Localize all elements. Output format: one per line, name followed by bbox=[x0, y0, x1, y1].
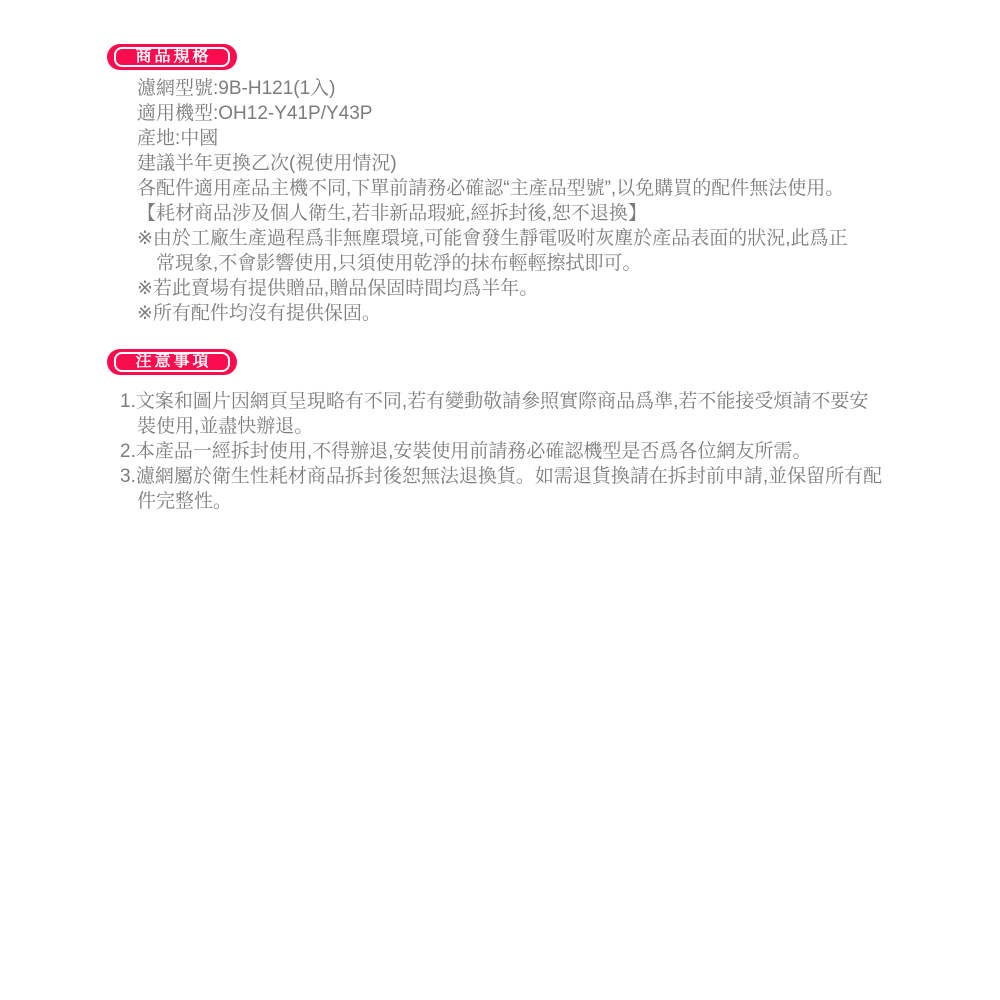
notices-badge-frame: 注意事項 bbox=[114, 352, 230, 372]
notice-line-continued: 件完整性。 bbox=[120, 489, 1000, 514]
specs-badge-frame: 商品規格 bbox=[114, 47, 230, 67]
spec-line: 適用機型:OH12-Y41P/Y43P bbox=[137, 101, 1000, 126]
spec-line: 建議半年更換乙次(視使用情況) bbox=[137, 151, 1000, 176]
spec-note-line: ※若此賣場有提供贈品,贈品保固時間均爲半年。 bbox=[137, 276, 1000, 301]
section-product-specs: 商品規格 濾網型號:9B-H121(1入) 適用機型:OH12-Y41P/Y43… bbox=[107, 44, 1000, 326]
notice-line: 3.濾網屬於衛生性耗材商品拆封後恕無法退換貨。如需退貨換請在拆封前申請,並保留所… bbox=[120, 464, 1000, 489]
notices-text-block: 1.文案和圖片因網頁呈現略有不同,若有變動敬請參照實際商品爲準,若不能接受煩請不… bbox=[120, 389, 1000, 514]
spec-line: 濾網型號:9B-H121(1入) bbox=[137, 76, 1000, 101]
spec-line: 產地:中國 bbox=[137, 126, 1000, 151]
notice-line-continued: 裝使用,並盡快辦退。 bbox=[120, 414, 1000, 439]
specs-badge-label: 商品規格 bbox=[132, 49, 211, 65]
specs-badge: 商品規格 bbox=[107, 44, 237, 70]
spec-line: 【耗材商品涉及個人衛生,若非新品瑕疵,經拆封後,恕不退換】 bbox=[137, 201, 1000, 226]
notice-line: 1.文案和圖片因網頁呈現略有不同,若有變動敬請參照實際商品爲準,若不能接受煩請不… bbox=[120, 389, 1000, 414]
section-notices: 注意事項 1.文案和圖片因網頁呈現略有不同,若有變動敬請參照實際商品爲準,若不能… bbox=[107, 349, 1000, 514]
spec-note-line: ※所有配件均沒有提供保固。 bbox=[137, 301, 1000, 326]
spec-line: 各配件適用產品主機不同,下單前請務必確認“主產品型號”,以免購買的配件無法使用。 bbox=[137, 176, 1000, 201]
specs-text-block: 濾網型號:9B-H121(1入) 適用機型:OH12-Y41P/Y43P 產地:… bbox=[137, 76, 1000, 326]
product-info-page: 商品規格 濾網型號:9B-H121(1入) 適用機型:OH12-Y41P/Y43… bbox=[0, 0, 1000, 1000]
spec-note-line-continued: 常現象,不會影響使用,只須使用乾淨的抹布輕輕擦拭即可。 bbox=[137, 251, 1000, 276]
notices-badge-label: 注意事項 bbox=[132, 354, 211, 370]
notice-line: 2.本產品一經拆封使用,不得辦退,安裝使用前請務必確認機型是否爲各位網友所需。 bbox=[120, 439, 1000, 464]
content-area: 商品規格 濾網型號:9B-H121(1入) 適用機型:OH12-Y41P/Y43… bbox=[0, 0, 1000, 514]
spec-note-line: ※由於工廠生產過程爲非無塵環境,可能會發生靜電吸咐灰塵於產品表面的狀況,此爲正 bbox=[137, 226, 1000, 251]
notices-badge: 注意事項 bbox=[107, 349, 237, 375]
